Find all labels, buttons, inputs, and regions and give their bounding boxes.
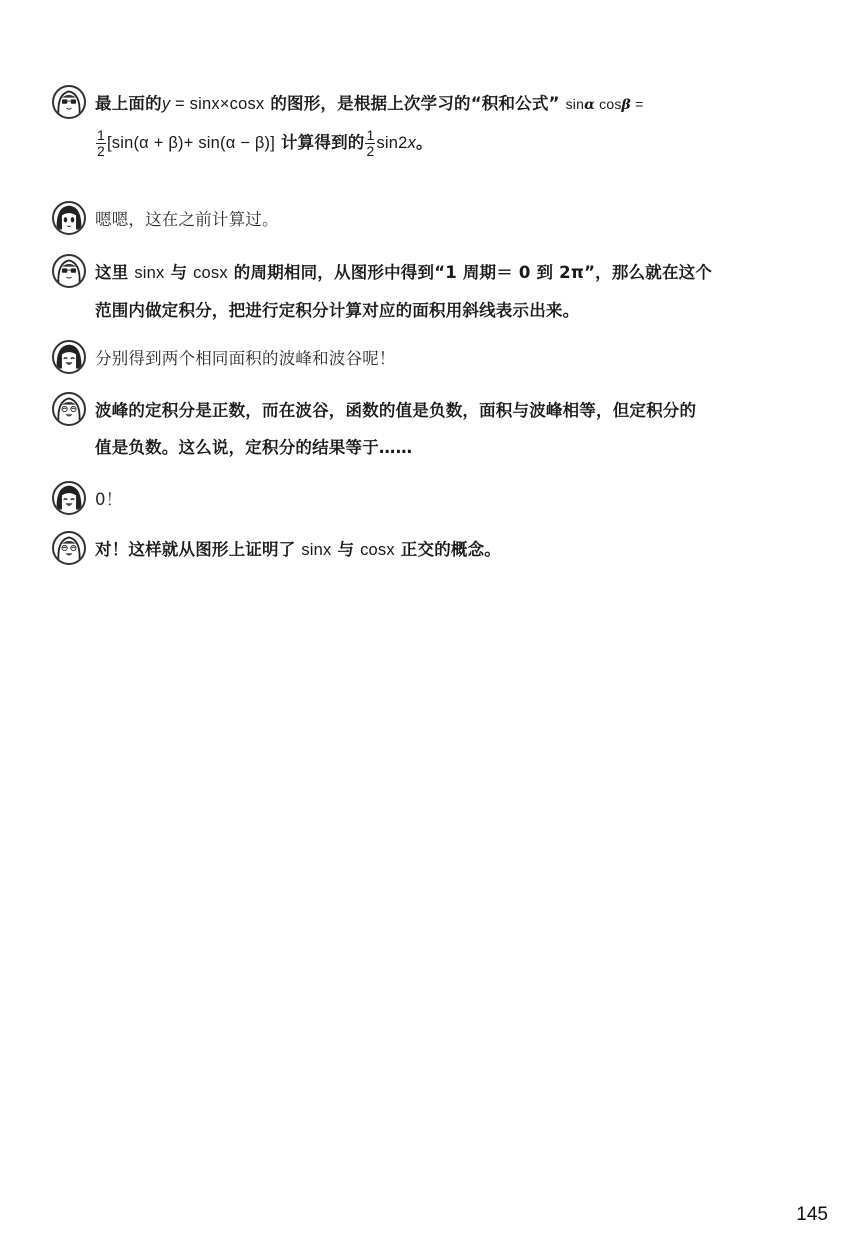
formula-sin2x: sin2 bbox=[376, 134, 407, 152]
dialog-1-text-a: 最上面的 bbox=[95, 94, 162, 113]
formula-x: x bbox=[408, 134, 416, 152]
avatar-dark-hair-girl-smiling-icon bbox=[52, 340, 86, 374]
formula-sinx: sinx bbox=[134, 264, 164, 282]
dialog-3: 这里 sinx 与 cosx 的周期相同，从图形中得到“1 周期＝ 0 到 2π… bbox=[52, 254, 810, 329]
dialog-3-text-a: 这里 bbox=[95, 263, 134, 282]
dialog-3-text-line2: 范围内做定积分，把进行定积分计算对应的面积用斜线表示出来。 bbox=[95, 301, 579, 320]
dialog-4-text: 分别得到两个相同面积的波峰和波谷呢！ bbox=[95, 340, 810, 377]
dialog-5-text-line2: 值是负数。这么说，定积分的结果等于…… bbox=[95, 438, 412, 457]
formula-sinx-cosx: = sinx×cosx bbox=[170, 95, 264, 113]
dialog-5: 波峰的定积分是正数，而在波谷，函数的值是负数，面积与波峰相等，但定积分的 值是负… bbox=[52, 392, 810, 466]
dialog-7-text-b: 正交的概念。 bbox=[395, 540, 501, 559]
formula-sin: sin bbox=[566, 96, 585, 112]
avatar-glasses-girl-smiling-icon bbox=[52, 531, 86, 565]
formula-cos: cos bbox=[595, 96, 621, 112]
formula-product-to-sum: [sin(α + β)+ sin(α − β)] bbox=[107, 134, 275, 152]
dialog-4: 分别得到两个相同面积的波峰和波谷呢！ bbox=[52, 340, 810, 377]
dialog-6-text: 0！ bbox=[95, 481, 810, 518]
formula-sinx: sinx bbox=[301, 541, 331, 559]
formula-cosx: cosx bbox=[360, 541, 395, 559]
avatar-glasses-girl-icon bbox=[52, 254, 86, 288]
dialog-7-text-yu: 与 bbox=[332, 540, 361, 559]
avatar-glasses-girl-smiling-icon bbox=[52, 392, 86, 426]
formula-alpha: α bbox=[584, 97, 595, 113]
formula-y: y bbox=[162, 95, 170, 113]
avatar-dark-hair-girl-icon bbox=[52, 201, 86, 235]
dialog-2: 嗯嗯，这在之前计算过。 bbox=[52, 201, 810, 238]
fraction-half: 12 bbox=[96, 128, 106, 159]
page-number: 145 bbox=[796, 1204, 828, 1226]
dialog-1-text-end: 。 bbox=[416, 133, 433, 152]
dialog-7: 对！这样就从图形上证明了 sinx 与 cosx 正交的概念。 bbox=[52, 531, 810, 569]
dialog-6: 0！ bbox=[52, 481, 810, 518]
formula-beta: β bbox=[622, 97, 632, 113]
dialog-1: 最上面的y = sinx×cosx 的图形，是根据上次学习的“积和公式” sin… bbox=[52, 85, 810, 162]
dialog-7-text-a: 对！这样就从图形上证明了 bbox=[95, 540, 301, 559]
avatar-dark-hair-girl-smiling-icon bbox=[52, 481, 86, 515]
dialog-3-text-yu: 与 bbox=[165, 263, 194, 282]
dialog-5-text-line1: 波峰的定积分是正数，而在波谷，函数的值是负数，面积与波峰相等，但定积分的 bbox=[95, 401, 696, 420]
dialog-2-text: 嗯嗯，这在之前计算过。 bbox=[95, 201, 810, 238]
dialog-1-text-c: 计算得到的 bbox=[275, 133, 364, 152]
fraction-half-2: 12 bbox=[365, 128, 375, 159]
dialog-3-text-b: 的周期相同，从图形中得到“1 周期＝ 0 到 2π”，那么就在这个 bbox=[228, 263, 712, 282]
formula-cosx: cosx bbox=[193, 264, 228, 282]
dialog-1-text-b: 的图形，是根据上次学习的“积和公式” bbox=[264, 94, 559, 113]
avatar-glasses-girl-icon bbox=[52, 85, 86, 119]
formula-equals: = bbox=[631, 96, 643, 112]
